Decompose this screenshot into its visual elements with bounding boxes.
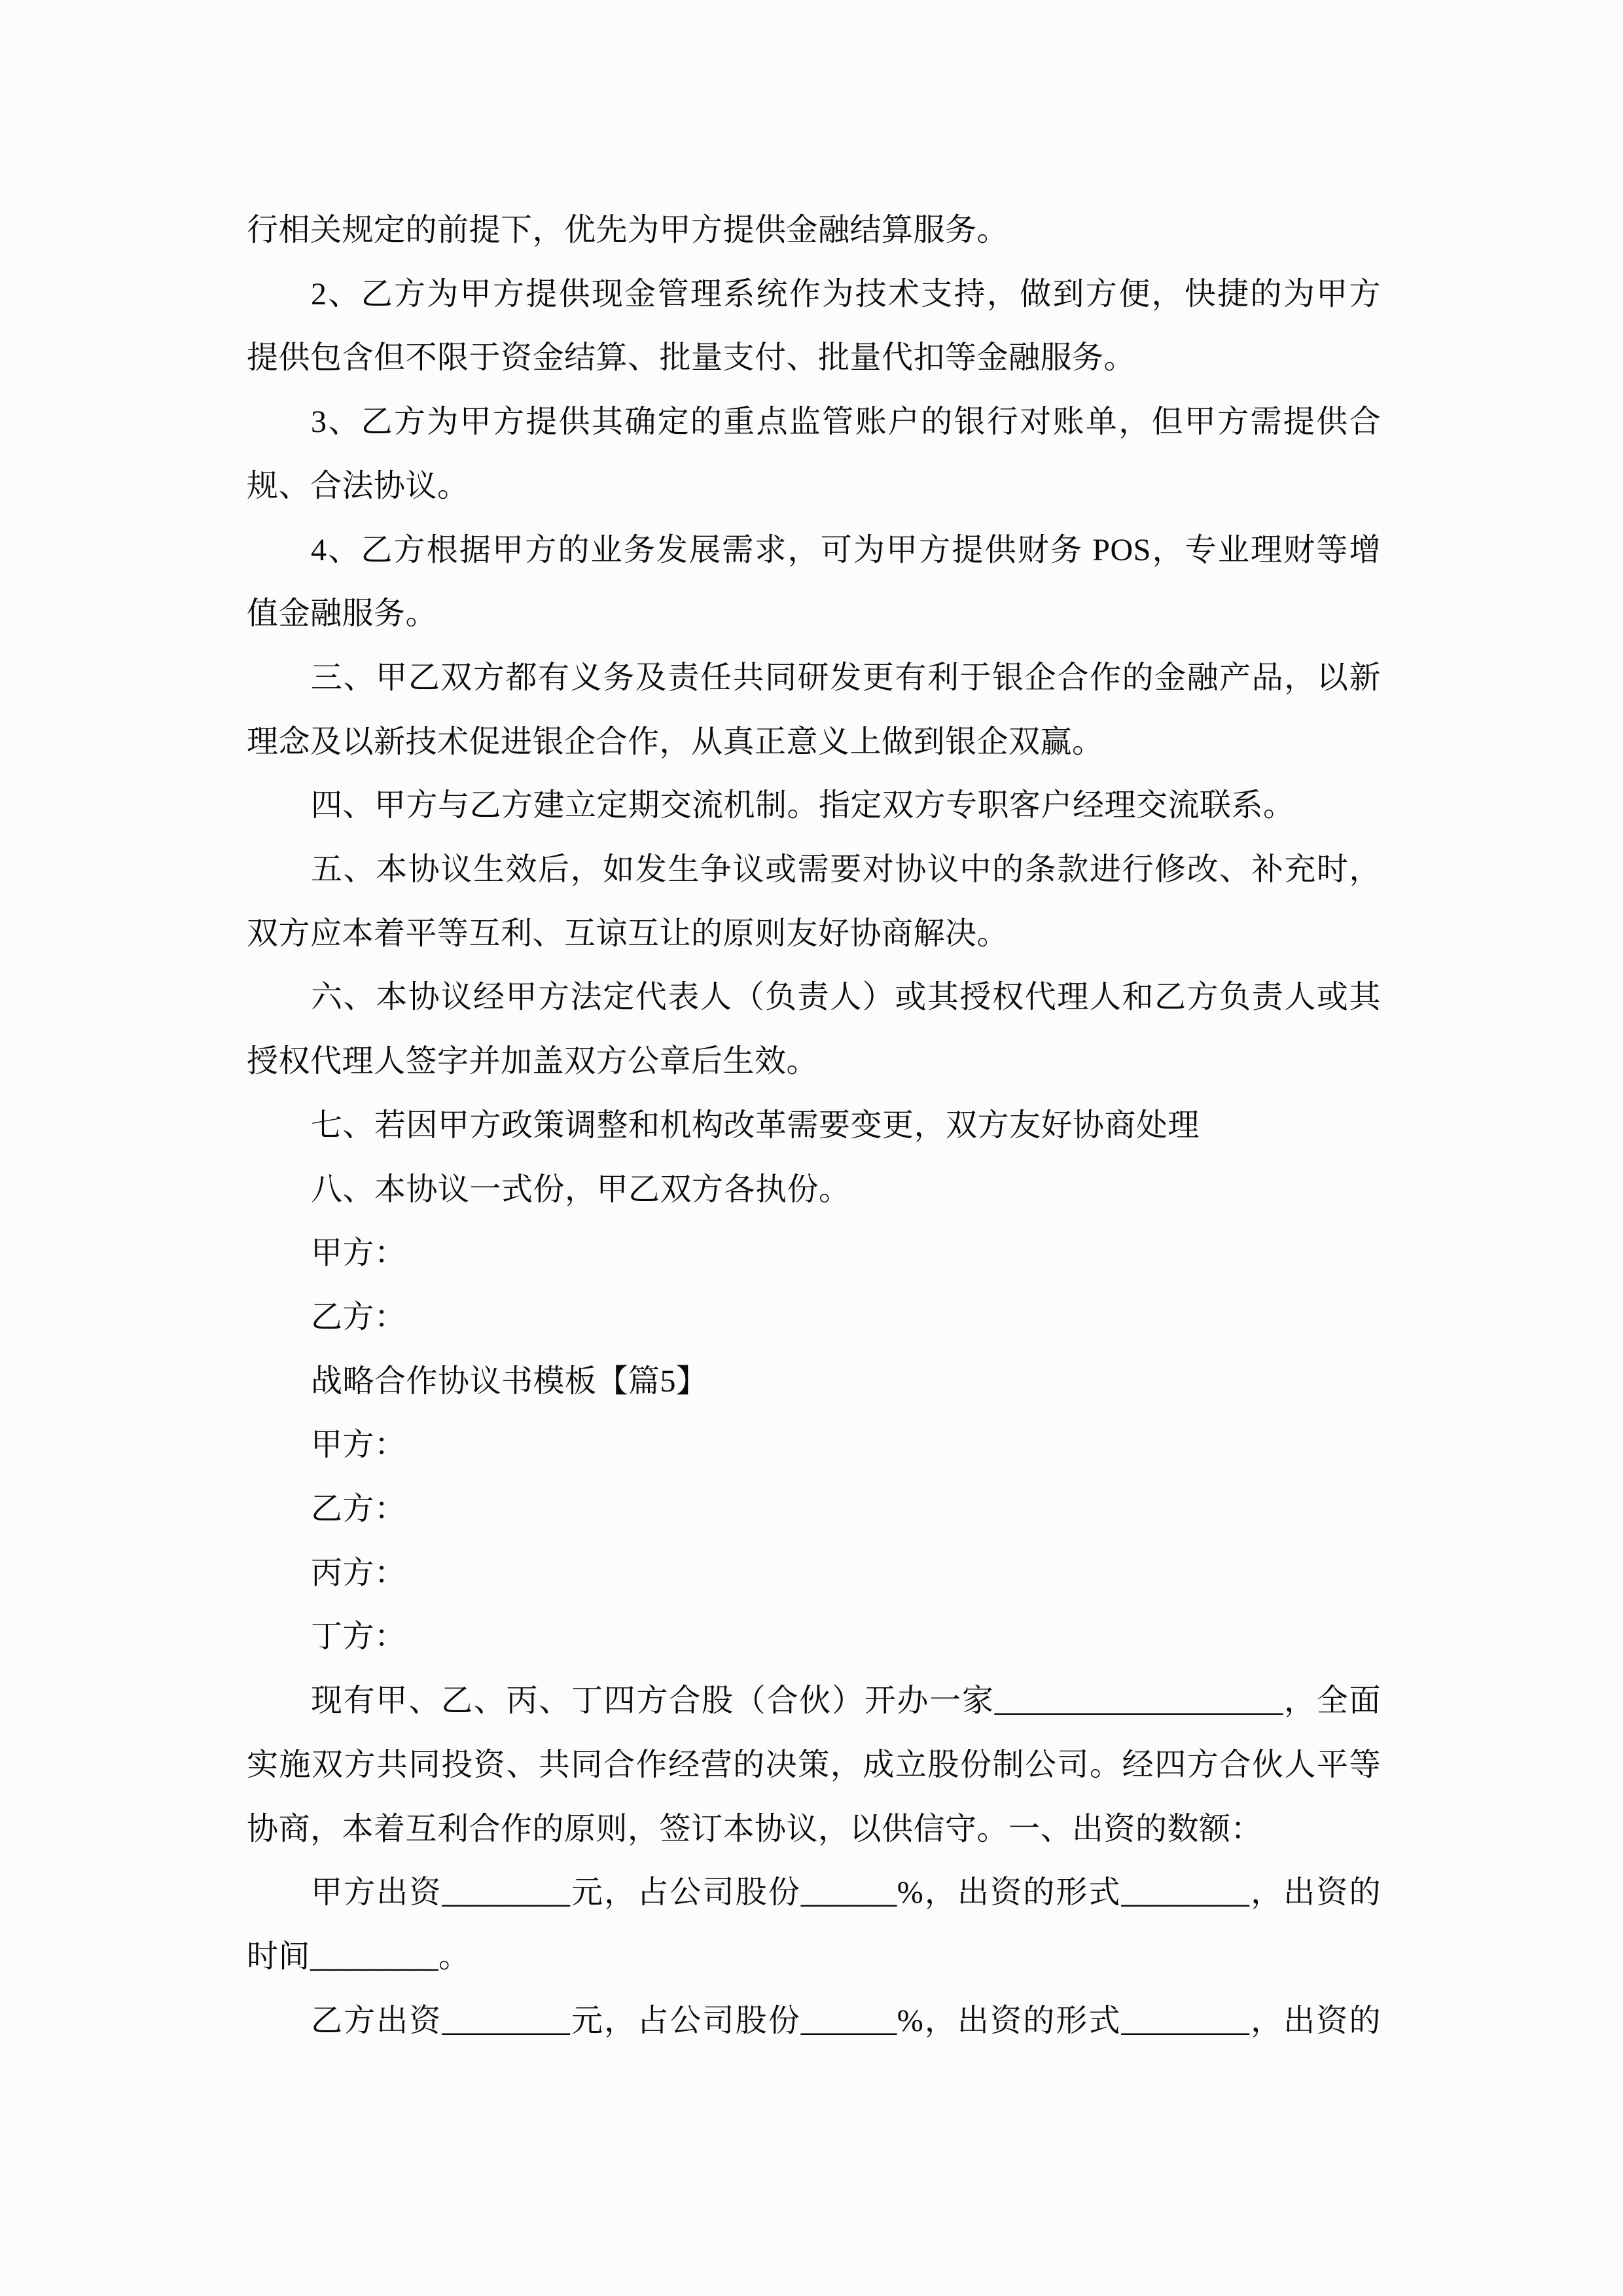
document-line: 四、甲方与乙方建立定期交流机制。指定双方专职客户经理交流联系。: [247, 774, 1381, 838]
document-line: 时间________。: [247, 1925, 1381, 1989]
document-line: 八、本协议一式份，甲乙双方各执份。: [247, 1158, 1381, 1222]
document-line: 提供包含但不限于资金结算、批量支付、批量代扣等金融服务。: [247, 326, 1381, 390]
document-line: 三、甲乙双方都有义务及责任共同研发更有利于银企合作的金融产品，以新: [247, 646, 1381, 710]
document-line: 2、乙方为甲方提供现金管理系统作为技术支持，做到方便，快捷的为甲方: [247, 262, 1381, 327]
party-a-label: 甲方：: [247, 1221, 1381, 1285]
party-c-label: 丙方：: [247, 1541, 1381, 1605]
document-page: 行相关规定的前提下，优先为甲方提供金融结算服务。 2、乙方为甲方提供现金管理系统…: [0, 0, 1623, 2296]
document-text-block: 行相关规定的前提下，优先为甲方提供金融结算服务。 2、乙方为甲方提供现金管理系统…: [247, 198, 1381, 2053]
document-line: 五、本协议生效后，如发生争议或需要对协议中的条款进行修改、补充时，: [247, 838, 1381, 902]
document-line: 甲方出资________元，占公司股份______%，出资的形式________…: [247, 1861, 1381, 1925]
document-line: 协商，本着互利合作的原则，签订本协议，以供信守。一、出资的数额：: [247, 1797, 1381, 1861]
document-line: 六、本协议经甲方法定代表人（负责人）或其授权代理人和乙方负责人或其: [247, 965, 1381, 1030]
document-line: 3、乙方为甲方提供其确定的重点监管账户的银行对账单，但甲方需提供合: [247, 390, 1381, 454]
party-a-label: 甲方：: [247, 1413, 1381, 1477]
party-d-label: 丁方：: [247, 1605, 1381, 1669]
document-line: 值金融服务。: [247, 582, 1381, 646]
document-line: 乙方出资________元，占公司股份______%，出资的形式________…: [247, 1989, 1381, 2053]
document-line: 实施双方共同投资、共同合作经营的决策，成立股份制公司。经四方合伙人平等: [247, 1733, 1381, 1797]
document-line: 理念及以新技术促进银企合作，从真正意义上做到银企双赢。: [247, 710, 1381, 774]
document-line: 授权代理人签字并加盖双方公章后生效。: [247, 1030, 1381, 1094]
document-line: 双方应本着平等互利、互谅互让的原则友好协商解决。: [247, 902, 1381, 966]
document-line: 4、乙方根据甲方的业务发展需求，可为甲方提供财务 POS，专业理财等增: [247, 518, 1381, 583]
section-heading: 战略合作协议书模板【篇5】: [247, 1350, 1381, 1414]
party-b-label: 乙方：: [247, 1285, 1381, 1350]
party-b-label: 乙方：: [247, 1477, 1381, 1541]
document-line: 规、合法协议。: [247, 454, 1381, 518]
document-line: 行相关规定的前提下，优先为甲方提供金融结算服务。: [247, 198, 1381, 262]
document-line: 七、若因甲方政策调整和机构改革需要变更，双方友好协商处理: [247, 1094, 1381, 1158]
document-line: 现有甲、乙、丙、丁四方合股（合伙）开办一家__________________，…: [247, 1669, 1381, 1733]
